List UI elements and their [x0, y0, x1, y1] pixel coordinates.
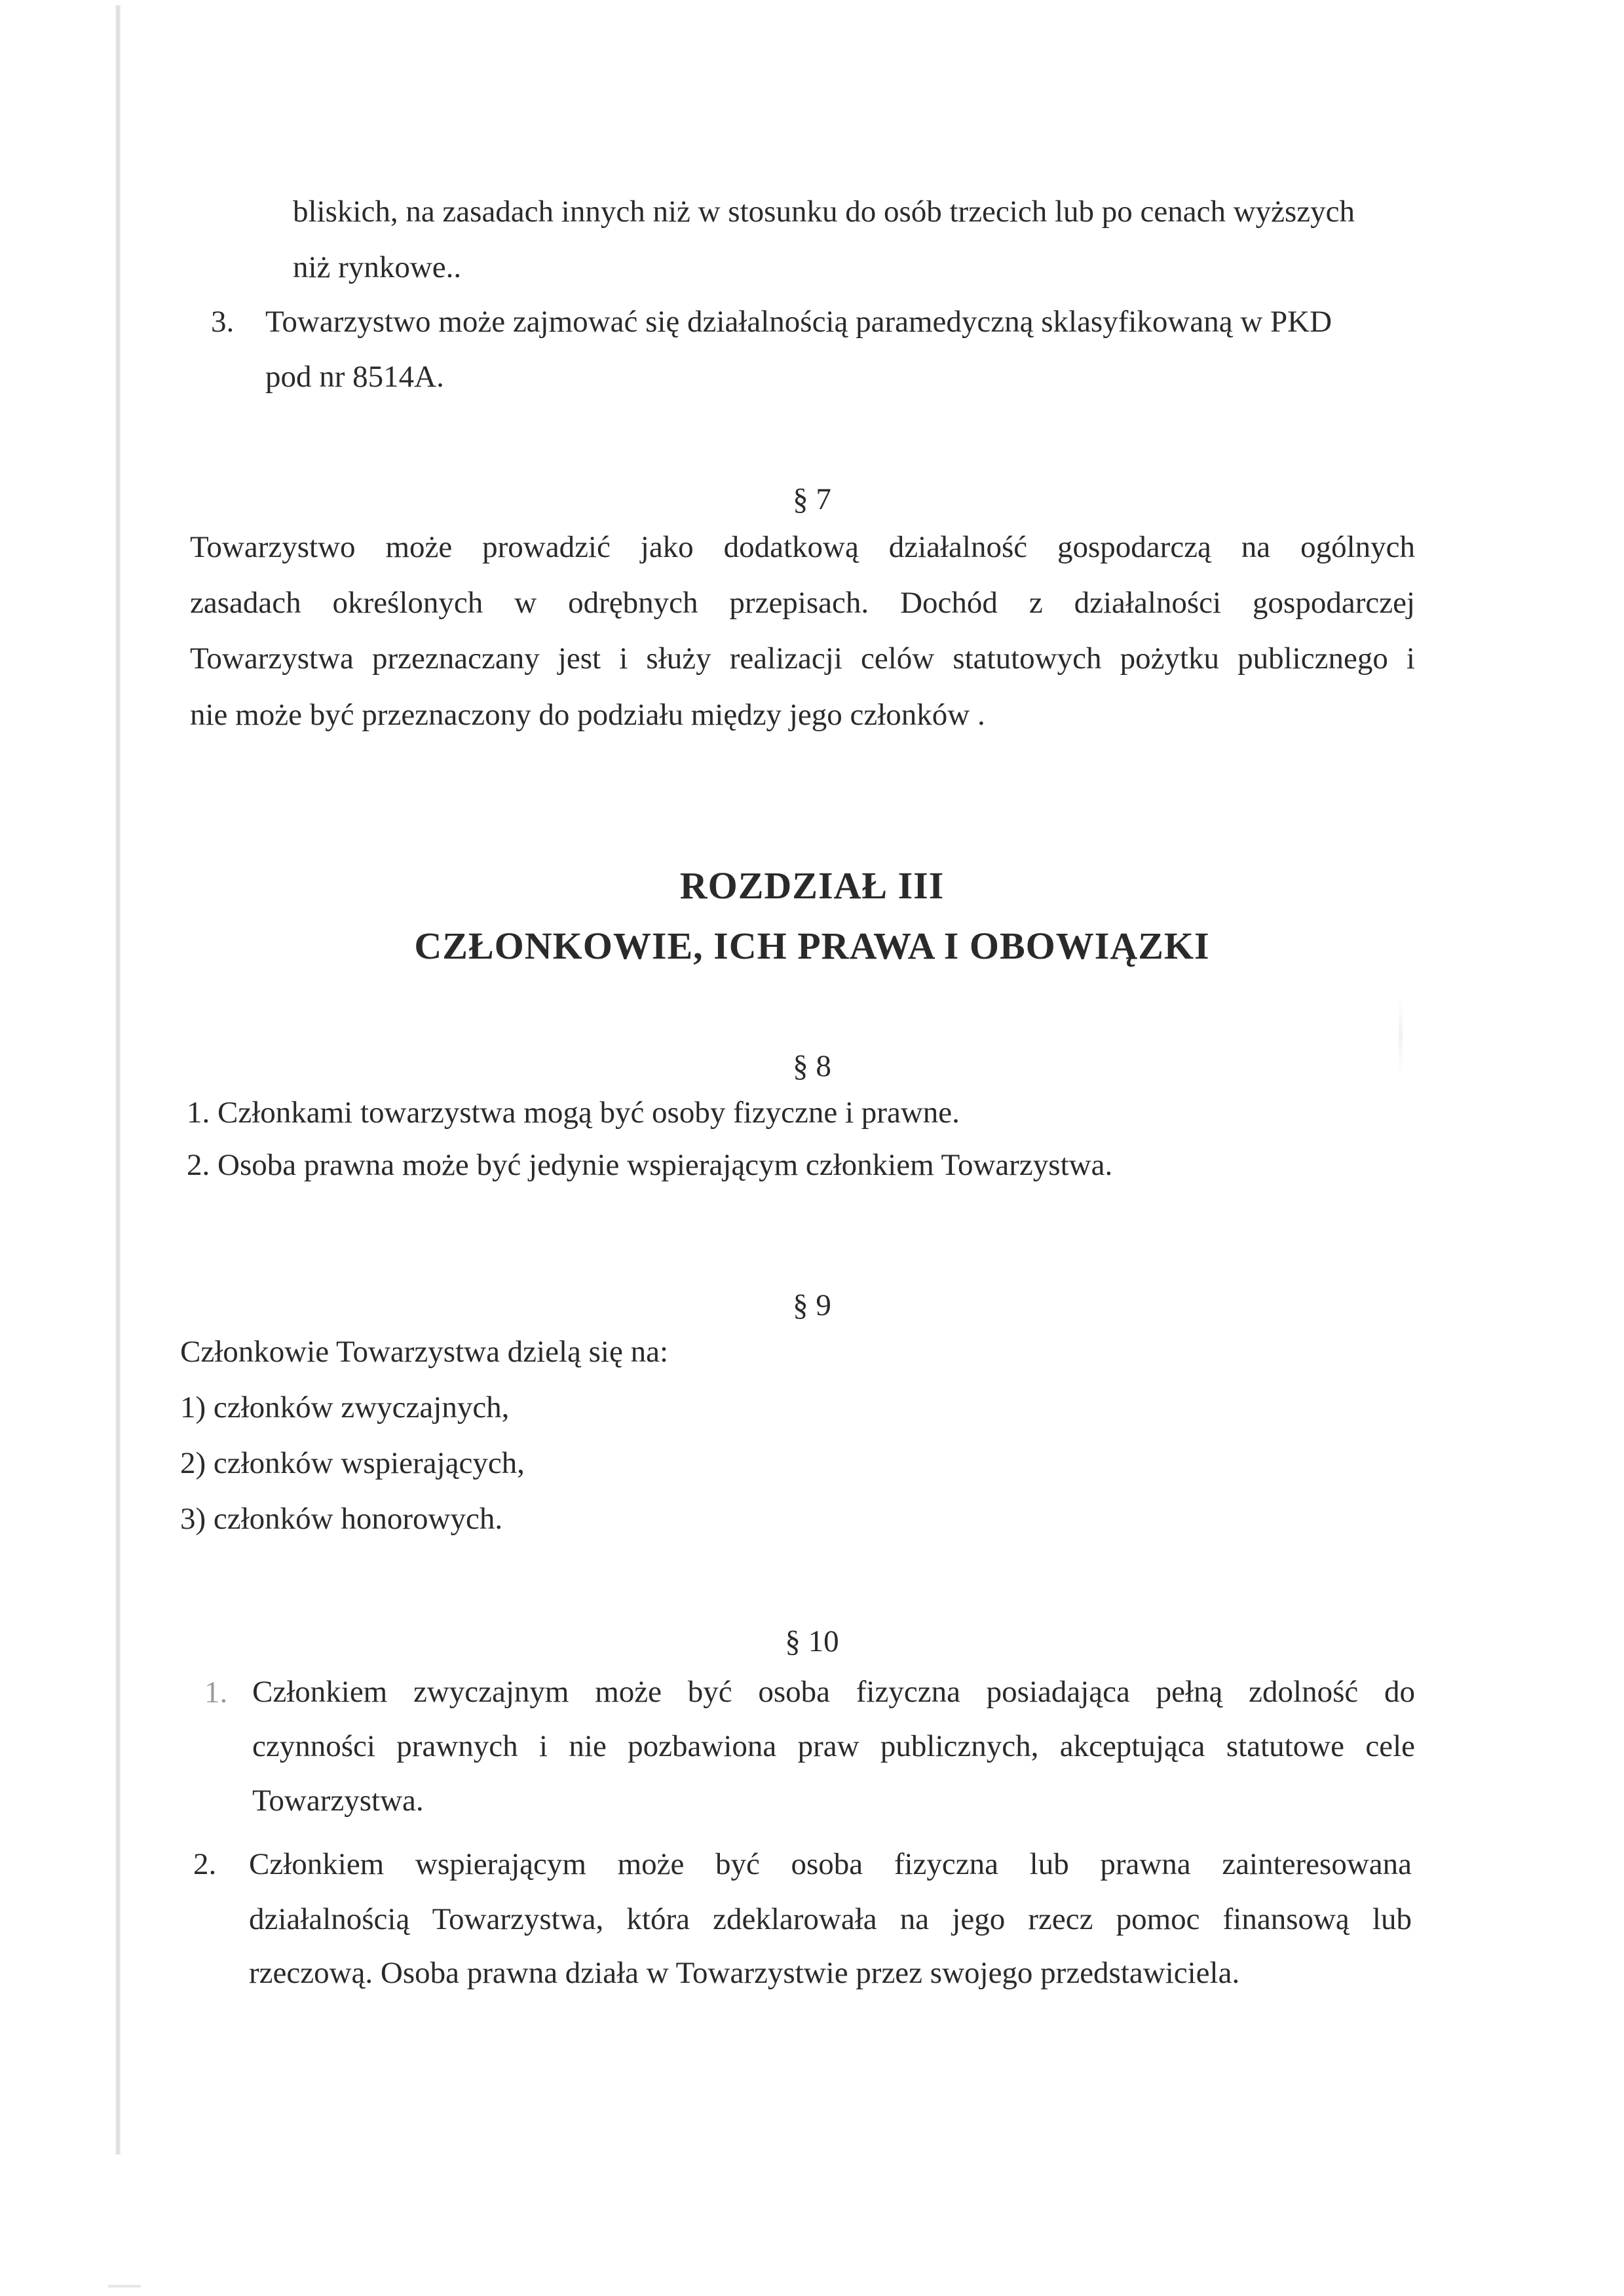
- paragraph-8-item-2: 2. Osoba prawna może być jedynie wspiera…: [187, 1150, 1112, 1181]
- paragraph-10-item-1-line-1: Członkiem zwyczajnym może być osoba fizy…: [252, 1674, 1415, 1710]
- paragraph-10-item-1-line-3: Towarzystwa.: [252, 1786, 424, 1816]
- continuation-line-1: bliskich, na zasadach innych niż w stosu…: [293, 197, 1355, 227]
- paragraph-9-title: § 9: [0, 1288, 1624, 1323]
- paragraph-10-item-1-number: 1.: [204, 1677, 227, 1708]
- paragraph-8-title: § 8: [0, 1048, 1624, 1084]
- item-3-line-2: pod nr 8514A.: [265, 362, 444, 392]
- paragraph-10-item-2-line-3: rzeczową. Osoba prawna działa w Towarzys…: [249, 1958, 1239, 1989]
- item-3-line-1: Towarzystwo może zajmować się działalnoś…: [265, 307, 1332, 337]
- paragraph-7-line-3: Towarzystwa przeznaczany jest i służy re…: [190, 641, 1415, 676]
- paragraph-10-title: § 10: [0, 1624, 1624, 1659]
- paragraph-10-item-2-line-1: Członkiem wspierającym może być osoba fi…: [249, 1846, 1412, 1882]
- item-3-number: 3.: [211, 307, 234, 337]
- paragraph-9-item-1: 1) członków zwyczajnych,: [180, 1392, 509, 1423]
- paragraph-9-item-2: 2) członków wspierających,: [180, 1448, 525, 1479]
- paragraph-7-line-4: nie może być przeznaczony do podziału mi…: [190, 700, 985, 731]
- paragraph-9-intro: Członkowie Towarzystwa dzielą się na:: [180, 1337, 668, 1368]
- chapter-subtitle: CZŁONKOWIE, ICH PRAWA I OBOWIĄZKI: [0, 924, 1624, 968]
- paragraph-10-item-1-line-2: czynności prawnych i nie pozbawiona praw…: [252, 1729, 1415, 1764]
- paragraph-7-line-1: Towarzystwo może prowadzić jako dodatkow…: [190, 529, 1415, 565]
- paragraph-8-item-1: 1. Członkami towarzystwa mogą być osoby …: [187, 1098, 960, 1128]
- continuation-line-2: niż rynkowe..: [293, 252, 461, 283]
- paragraph-10-item-2-number: 2.: [193, 1849, 216, 1880]
- paragraph-10-item-2-line-2: działalnością Towarzystwa, która zdeklar…: [249, 1902, 1412, 1937]
- paragraph-7-title: § 7: [0, 482, 1624, 517]
- scan-binding-edge-foot: [108, 2285, 141, 2287]
- chapter-title: ROZDZIAŁ III: [0, 864, 1624, 908]
- paragraph-9-item-3: 3) członków honorowych.: [180, 1504, 502, 1535]
- paragraph-7-line-2: zasadach określonych w odrębnych przepis…: [190, 585, 1415, 621]
